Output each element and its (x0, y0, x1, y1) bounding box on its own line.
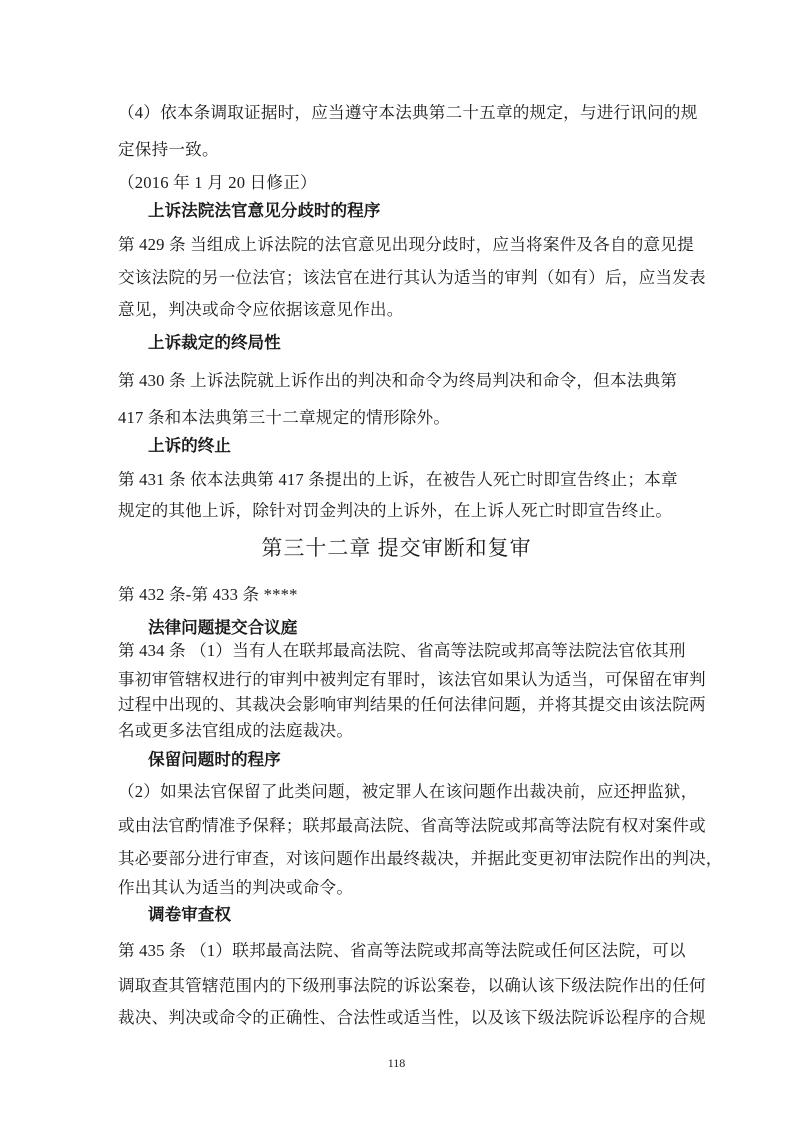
paragraph-line: 裁决、判决或命令的正确性、合法性或适当性，以及该下级法院诉讼程序的合规 (118, 1008, 706, 1028)
paragraph-line: 事初审管辖权进行的审判中被判定有罪时，该法官如果认为适当，可保留在审判 (118, 670, 706, 690)
paragraph-line: 或由法官酌情准予保释；联邦最高法院、省高等法院或邦高等法院有权对案件或 (118, 816, 706, 836)
chapter-title: 第三十二章 提交审断和复审 (0, 535, 793, 561)
article-430-line: 第 430 条 上诉法院就上诉作出的判决和命令为终局判决和命令，但本法典第 (118, 371, 677, 391)
article-429-line: 第 429 条 当组成上诉法院的法官意见出现分歧时，应当将案件及各自的意见提 (118, 235, 694, 255)
article-435-line: 第 435 条 （1）联邦最高法院、省高等法院或邦高等法院或任何区法院，可以 (118, 941, 686, 961)
amendment-note: （2016 年 1 月 20 日修正） (118, 173, 317, 193)
paragraph-line: 417 条和本法典第三十二章规定的情形除外。 (118, 408, 450, 428)
section-heading: 上诉的终止 (148, 436, 231, 456)
paragraph-line: 意见，判决或命令应依据该意见作出。 (118, 300, 404, 320)
section-heading: 调卷审查权 (148, 905, 231, 925)
article-434-line: 第 434 条 （1）当有人在联邦最高法院、省高等法院或邦高等法院法官依其刑 (118, 641, 686, 661)
paragraph-line: 其必要部分进行审查，对该问题作出最终裁决，并据此变更初审法院作出的判决， (118, 849, 723, 869)
page-number: 118 (0, 1056, 793, 1070)
section-heading: 法律问题提交合议庭 (148, 618, 297, 638)
paragraph-line: 过程中出现的、其裁决会影响审判结果的任何法律问题，并将其提交由该法院两 (118, 695, 706, 715)
paragraph-line: 作出其认为适当的判决或命令。 (118, 878, 353, 898)
paragraph-line: 规定的其他上诉，除针对罚金判决的上诉外，在上诉人死亡时即宣告终止。 (118, 501, 672, 521)
paragraph-line: 名或更多法官组成的法庭裁决。 (118, 721, 353, 741)
paragraph-line: 交该法院的另一位法官；该法官在进行其认为适当的审判（如有）后，应当发表 (118, 268, 706, 288)
section-heading: 上诉法院法官意见分歧时的程序 (148, 201, 380, 221)
section-heading: 保留问题时的程序 (148, 750, 281, 770)
article-432-433-line: 第 432 条-第 433 条 **** (118, 585, 298, 605)
section-heading: 上诉裁定的终局性 (148, 333, 281, 353)
paragraph-line: （4）依本条调取证据时，应当遵守本法典第二十五章的规定，与进行讯问的规 (118, 103, 697, 123)
article-431-line: 第 431 条 依本法典第 417 条提出的上诉，在被告人死亡时即宣告终止；本章 (118, 470, 678, 490)
paragraph-line: 调取查其管辖范围内的下级刑事法院的诉讼案卷，以确认该下级法院作出的任何 (118, 976, 706, 996)
paragraph-line: 定保持一致。 (118, 140, 219, 160)
paragraph-line: （2）如果法官保留了此类问题，被定罪人在该问题作出裁决前，应还押监狱， (118, 782, 697, 802)
